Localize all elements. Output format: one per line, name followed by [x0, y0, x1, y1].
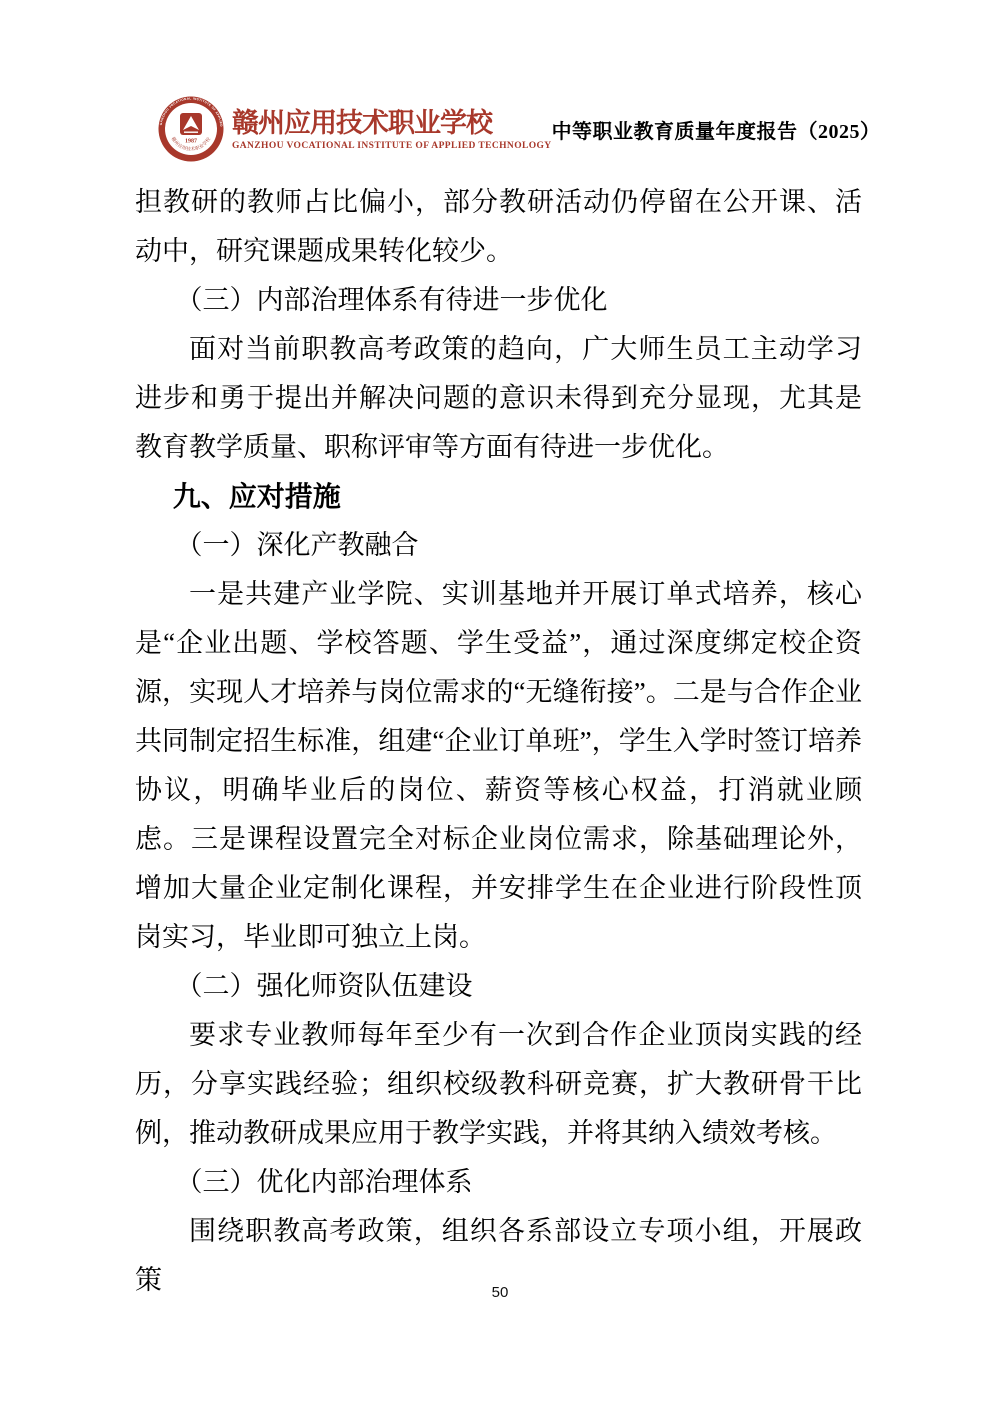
document-body: 担教研的教师占比偏小，部分教研活动仍停留在公开课、活动中，研究课题成果转化较少。…: [135, 178, 862, 1305]
school-name-zh: 赣州应用技术职业学校: [232, 106, 552, 140]
section-subheading: （二）强化师资队伍建设: [135, 962, 862, 1011]
page-footer: 50: [0, 1284, 1000, 1301]
paragraph: 一是共建产业学院、实训基地并开展订单式培养，核心是“企业出题、学校答题、学生受益…: [135, 570, 862, 962]
school-name-en: GANZHOU VOCATIONAL INSTITUTE OF APPLIED …: [232, 140, 552, 153]
seal-year: 1987: [185, 139, 197, 145]
section-subheading: （三）优化内部治理体系: [135, 1158, 862, 1207]
school-brand: GANZHOU VOCATIONAL INSTITUTE OF APPLIED …: [158, 96, 552, 162]
section-subheading: （三）内部治理体系有待进一步优化: [135, 276, 862, 325]
document-page: GANZHOU VOCATIONAL INSTITUTE OF APPLIED …: [0, 0, 1000, 1414]
section-subheading: （一）深化产教融合: [135, 521, 862, 570]
report-title: 中等职业教育质量年度报告（2025）: [552, 115, 881, 144]
page-header: GANZHOU VOCATIONAL INSTITUTE OF APPLIED …: [158, 93, 862, 165]
section-heading: 九、应对措施: [135, 472, 862, 521]
page-number: 50: [492, 1284, 509, 1301]
seal-emblem: [180, 113, 202, 135]
paragraph: 要求专业教师每年至少有一次到合作企业顶岗实践的经历，分享实践经验；组织校级教科研…: [135, 1011, 862, 1158]
paragraph: 面对当前职教高考政策的趋向，广大师生员工主动学习进步和勇于提出并解决问题的意识未…: [135, 325, 862, 472]
school-names: 赣州应用技术职业学校 GANZHOU VOCATIONAL INSTITUTE …: [232, 106, 552, 153]
paragraph: 担教研的教师占比偏小，部分教研活动仍停留在公开课、活动中，研究课题成果转化较少。: [135, 178, 862, 276]
school-seal-icon: GANZHOU VOCATIONAL INSTITUTE OF APPLIED …: [158, 96, 224, 162]
